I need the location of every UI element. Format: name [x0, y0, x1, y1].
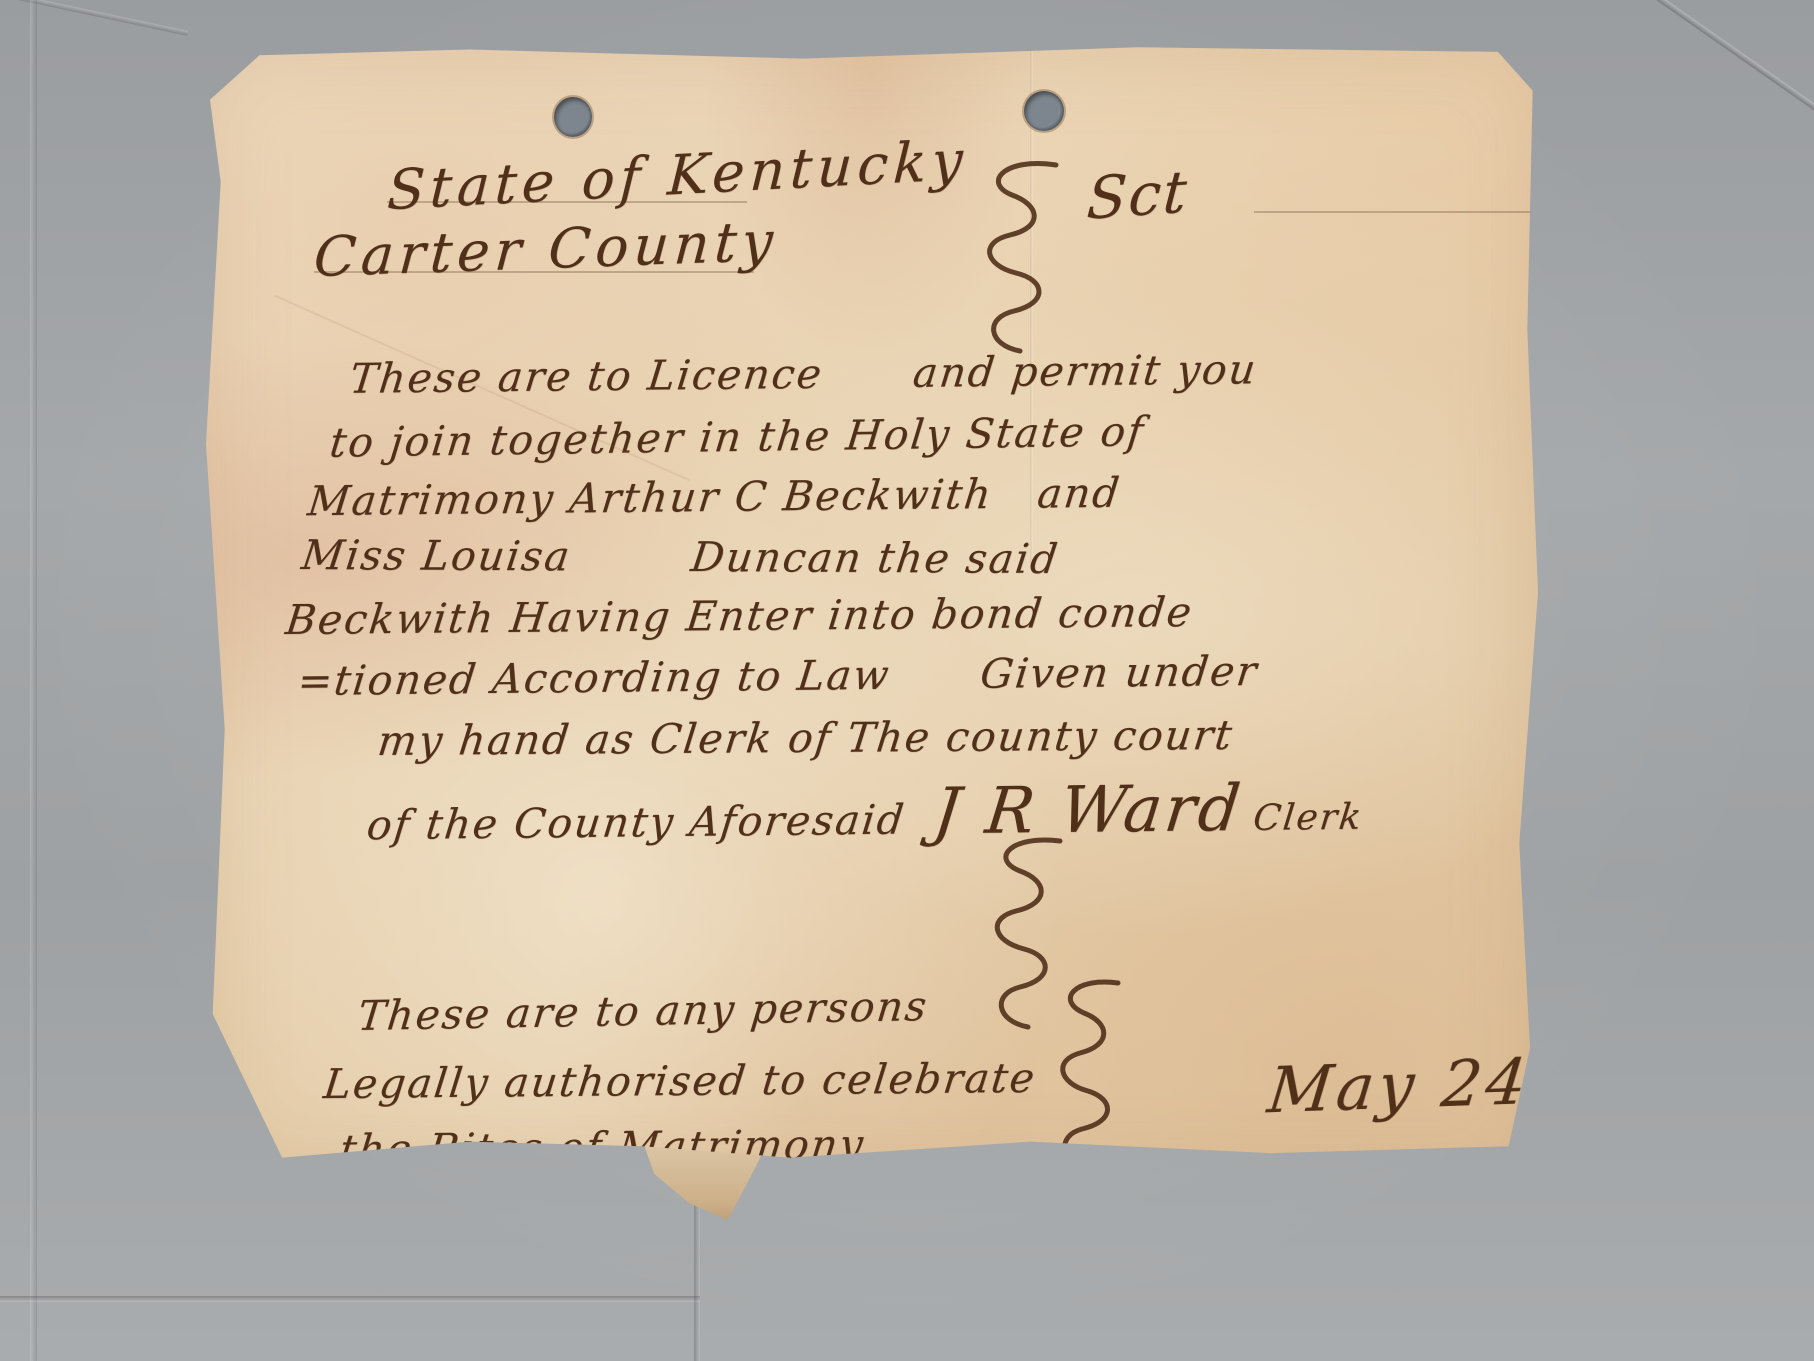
closing-line: These are to any persons [356, 982, 931, 1040]
background-seam-top-right [1615, 0, 1814, 143]
date-line: May 24th1842 [1113, 963, 1771, 1205]
date-month-day: May 24 [1264, 1045, 1533, 1127]
body-line: =tioned According to Law Given under [295, 647, 1261, 705]
body-line: to join together in the Holy State of [327, 407, 1147, 466]
date-year: 1842 [1579, 1037, 1763, 1116]
clerk-signature-title: Clerk [1251, 797, 1365, 839]
body-line: my hand as Clerk of The county court [375, 711, 1236, 765]
closing-line: Legally authorised to celebrate [321, 1054, 1039, 1108]
photo-background: State of Kentucky Carter County Sct Thes… [0, 0, 1814, 1361]
header-brace-squiggle [974, 153, 1064, 363]
guide-line [1254, 211, 1546, 213]
body-line: These are to Licence and permit you [347, 345, 1260, 403]
body-line: Matrimony Arthur C Beckwith and [305, 469, 1123, 526]
background-seam-left [30, 0, 37, 1361]
header-sct-abbreviation: Sct [1085, 157, 1191, 233]
background-seam-top-left [0, 0, 188, 36]
punch-hole-left [554, 97, 592, 137]
clerk-signature: J R Ward [930, 772, 1247, 849]
closing-brace-squiggle [1048, 973, 1128, 1198]
punch-hole-right [1024, 91, 1064, 131]
header-state-line: State of Kentucky [386, 128, 970, 223]
body-line-with-signature: of the County Aforesaid J R Ward Clerk [364, 771, 1368, 856]
body-line: Miss Louisa Duncan the said [299, 531, 1062, 583]
background-seam-bottom-vertical [694, 1188, 700, 1361]
body-line: of the County Aforesaid [365, 796, 908, 850]
header-county-line: Carter County [312, 209, 780, 289]
background-seam-bottom [0, 1296, 700, 1302]
document-paper: State of Kentucky Carter County Sct Thes… [202, 45, 1538, 1185]
body-line: Beckwith Having Enter into bond conde [283, 588, 1196, 644]
date-ordinal: th [1529, 1052, 1572, 1089]
closing-line: the Rites of Matrimony [337, 1120, 867, 1174]
